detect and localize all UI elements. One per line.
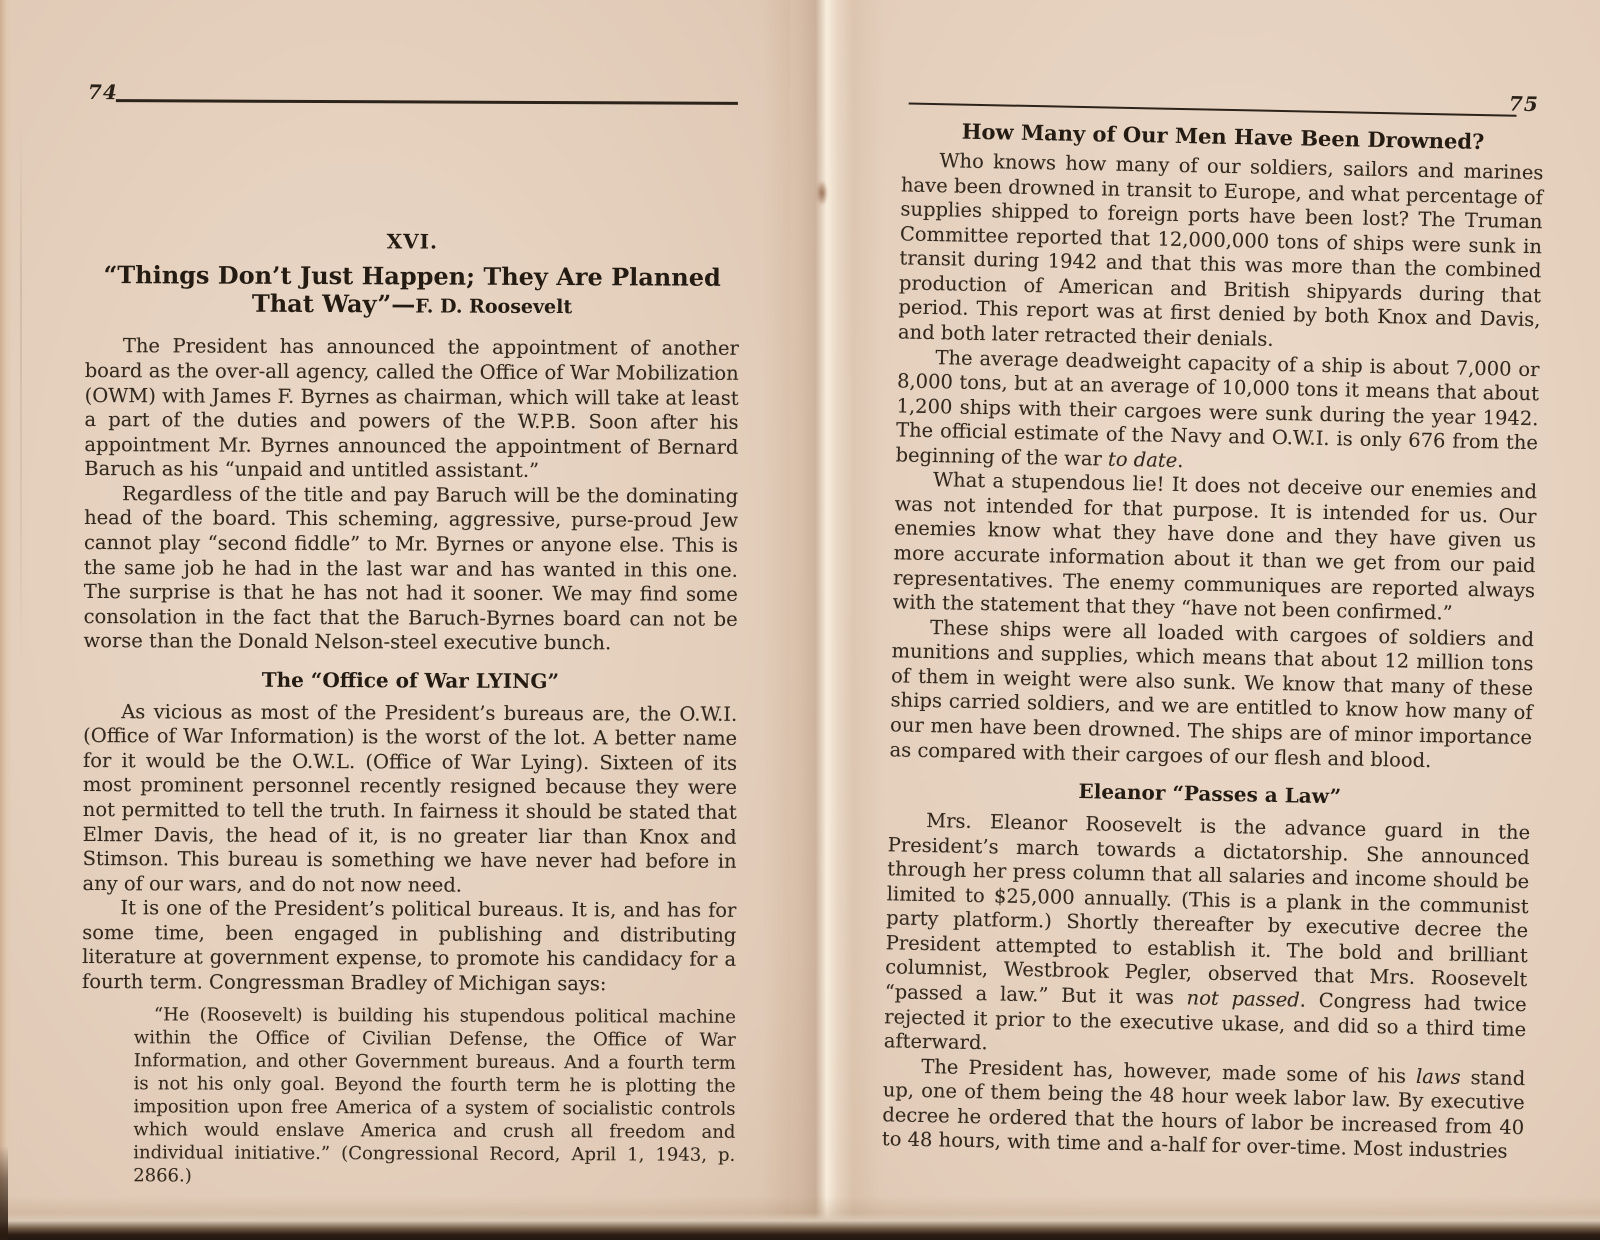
page-number-left: 74 — [88, 80, 118, 104]
chapter-number: XVI. — [85, 228, 739, 255]
paragraph-eleanor: Mrs. Eleanor Roosevelt is the advance gu… — [884, 808, 1531, 1066]
left-page-crease — [20, 120, 22, 680]
page-number-right: 75 — [1509, 92, 1539, 117]
paragraph-deadweight-text: The average deadweight capacity of a shi… — [895, 346, 1539, 471]
paragraph-deadweight-end: . — [1177, 449, 1184, 472]
paragraph-deadweight-italic: to date — [1108, 447, 1178, 471]
book-bottom-edge — [0, 1196, 1600, 1240]
paragraph-labor-law-italic: laws — [1416, 1065, 1461, 1089]
chapter-title-line1: “Things Don’t Just Happen; They Are Plan… — [103, 260, 720, 292]
paragraph-cargoes: These ships were all loaded with cargoes… — [889, 615, 1534, 775]
book-gutter — [762, 0, 884, 1240]
paragraph-eleanor-text: Mrs. Eleanor Roosevelt is the advance gu… — [885, 809, 1531, 1009]
header-rule-right — [909, 103, 1517, 117]
gutter-stain — [816, 180, 828, 206]
blockquote-congressional-record: “He (Roosevelt) is building his stupendo… — [133, 1003, 736, 1190]
paragraph-owm: The President has announced the appointm… — [84, 334, 739, 484]
right-page: 75 How Many of Our Men Have Been Drowned… — [882, 85, 1545, 1165]
chapter-title: “Things Don’t Just Happen; They Are Plan… — [85, 261, 739, 319]
left-page-header: 74 — [86, 80, 740, 107]
paragraph-owi: As vicious as most of the President’s bu… — [82, 700, 737, 899]
paragraph-labor-law: The President has, however, made some of… — [882, 1054, 1526, 1165]
paragraph-who-knows: Who knows how many of our soldiers, sail… — [898, 148, 1544, 357]
header-rule-left — [116, 99, 738, 105]
chapter-title-line2: That Way”— — [252, 288, 415, 318]
paragraph-political-bureaus: It is one of the President’s political b… — [82, 896, 736, 997]
paragraph-stupendous-lie: What a stupendous lie! It does not decei… — [892, 468, 1537, 628]
left-page-edge — [0, 0, 12, 1240]
paragraph-deadweight: The average deadweight capacity of a shi… — [895, 345, 1539, 481]
left-page: 74 XVI. “Things Don’t Just Happen; They … — [81, 80, 740, 1190]
section-heading-owl: The “Office of War LYING” — [83, 667, 737, 694]
right-page-header: 75 — [903, 85, 1545, 122]
bottom-left-notch — [0, 1146, 8, 1240]
chapter-title-author: F. D. Roosevelt — [415, 295, 572, 318]
section-heading-eleanor: Eleanor “Passes a Law” — [889, 775, 1531, 812]
paragraph-baruch: Regardless of the title and pay Baruch w… — [83, 482, 738, 657]
paragraph-eleanor-italic: not passed — [1186, 986, 1300, 1011]
